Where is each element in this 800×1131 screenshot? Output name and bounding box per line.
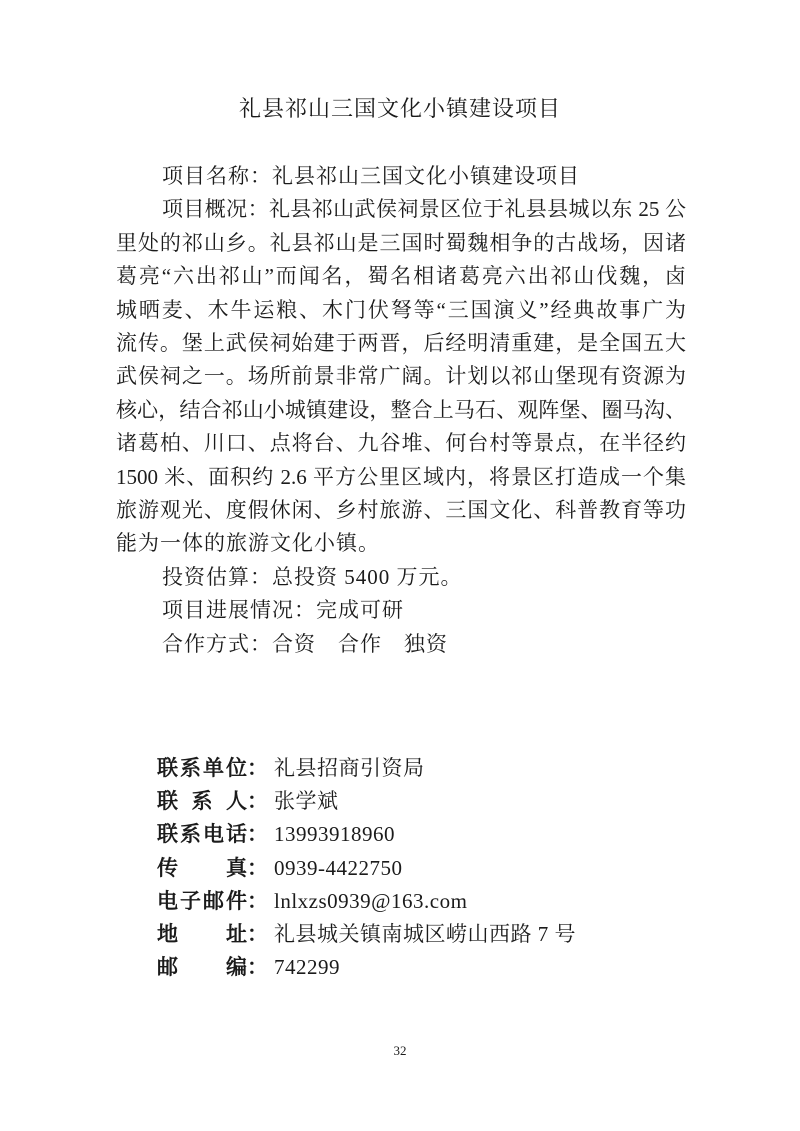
contact-row-unit: 联系单位：礼县招商引资局 — [157, 752, 576, 785]
contact-label: 电子邮件 — [157, 885, 247, 918]
contact-row-email: 电子邮件：lnlxzs0939@163.com — [157, 885, 576, 918]
contact-colon: ： — [247, 889, 268, 913]
contact-colon: ： — [247, 756, 268, 780]
body-line: 城晒麦、木牛运粮、木门伏弩等“三国演义”经典故事广为 — [116, 294, 686, 327]
contact-colon: ： — [247, 856, 268, 880]
contact-row-phone: 联系电话：13993918960 — [157, 818, 576, 851]
contact-label: 联系单位 — [157, 752, 247, 785]
body-line: 武侯祠之一。场所前景非常广阔。计划以祁山堡现有资源为 — [116, 360, 686, 393]
body-line: 1500 米、面积约 2.6 平方公里区域内，将景区打造成一个集 — [116, 461, 686, 494]
contact-value: 742299 — [274, 955, 340, 979]
body-line: 里处的祁山乡。礼县祁山是三国时蜀魏相争的古战场，因诸 — [116, 227, 686, 260]
body-line: 核心，结合祁山小城镇建设，整合上马石、观阵堡、圈马沟、 — [116, 394, 686, 427]
document-body: 项目名称：礼县祁山三国文化小镇建设项目 项目概况：礼县祁山武侯祠景区位于礼县县城… — [116, 160, 686, 661]
body-line: 项目概况：礼县祁山武侯祠景区位于礼县县城以东 25 公 — [116, 193, 686, 226]
contact-colon: ： — [247, 955, 268, 979]
contact-colon: ： — [247, 822, 268, 846]
body-line: 合作方式：合资 合作 独资 — [116, 628, 686, 661]
contact-label: 地址 — [157, 918, 247, 951]
contact-colon: ： — [247, 789, 268, 813]
contact-row-address: 地址：礼县城关镇南城区崂山西路 7 号 — [157, 918, 576, 951]
contact-value: 13993918960 — [274, 822, 395, 846]
contact-row-fax: 传真：0939-4422750 — [157, 852, 576, 885]
contact-label: 邮编 — [157, 951, 247, 984]
page-number: 32 — [0, 1043, 800, 1059]
body-line: 投资估算：总投资 5400 万元。 — [116, 561, 686, 594]
body-line: 旅游观光、度假休闲、乡村旅游、三国文化、科普教育等功 — [116, 494, 686, 527]
contact-label: 联系电话 — [157, 818, 247, 851]
body-line: 能为一体的旅游文化小镇。 — [116, 527, 686, 560]
contact-block: 联系单位：礼县招商引资局 联系人：张学斌 联系电话：13993918960 传真… — [157, 752, 576, 984]
contact-row-person: 联系人：张学斌 — [157, 785, 576, 818]
contact-value: 0939-4422750 — [274, 856, 403, 880]
body-line: 葛亮“六出祁山”而闻名，蜀名相诸葛亮六出祁山伐魏，卤 — [116, 260, 686, 293]
document-page: 礼县祁山三国文化小镇建设项目 项目名称：礼县祁山三国文化小镇建设项目 项目概况：… — [0, 0, 800, 1131]
body-line: 诸葛柏、川口、点将台、九谷堆、何台村等景点，在半径约 — [116, 427, 686, 460]
contact-row-postcode: 邮编：742299 — [157, 951, 576, 984]
body-line: 项目进展情况：完成可研 — [116, 594, 686, 627]
contact-value: 礼县城关镇南城区崂山西路 7 号 — [274, 922, 576, 946]
contact-label: 传真 — [157, 852, 247, 885]
contact-label: 联系人 — [157, 785, 247, 818]
body-line: 项目名称：礼县祁山三国文化小镇建设项目 — [116, 160, 686, 193]
body-line: 流传。堡上武侯祠始建于两晋，后经明清重建，是全国五大 — [116, 327, 686, 360]
contact-value: lnlxzs0939@163.com — [274, 889, 467, 913]
contact-colon: ： — [247, 922, 268, 946]
contact-value: 礼县招商引资局 — [274, 756, 425, 780]
page-title: 礼县祁山三国文化小镇建设项目 — [0, 92, 800, 123]
contact-value: 张学斌 — [274, 789, 339, 813]
